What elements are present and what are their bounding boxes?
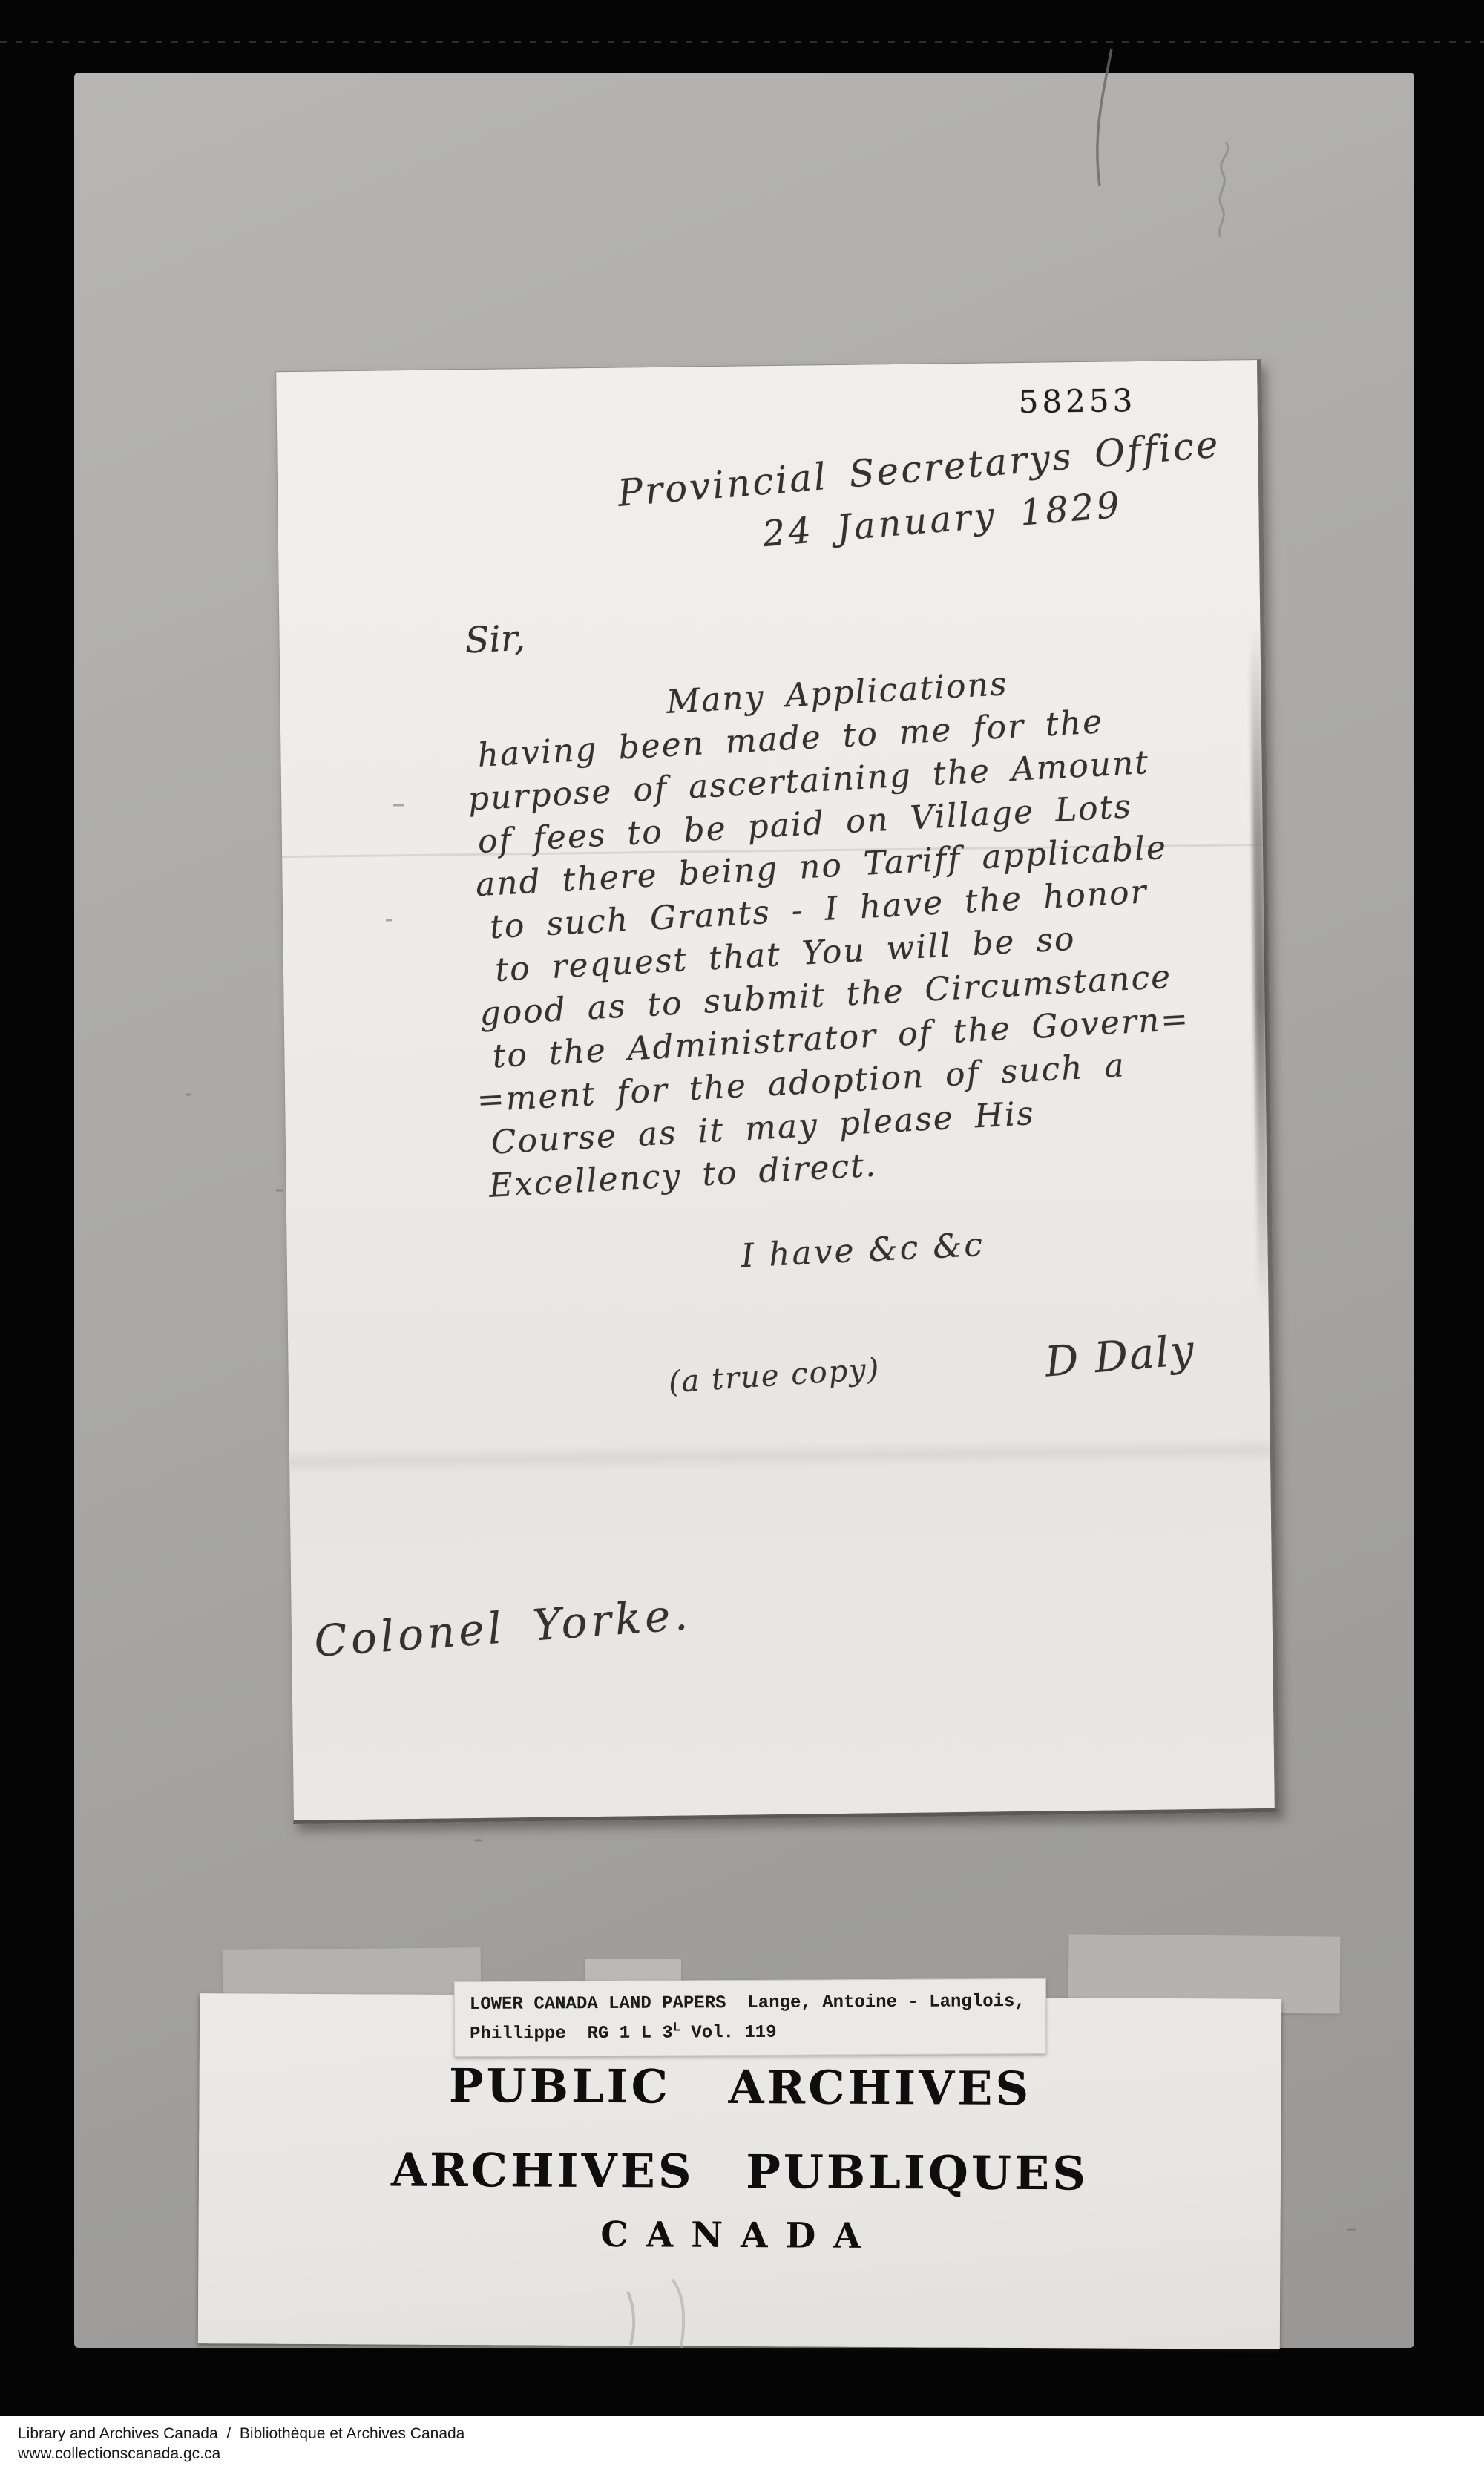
- archive-number: 58253: [1018, 382, 1136, 420]
- stamp-canada: CANADA: [198, 2212, 1280, 2259]
- paper-crease: [289, 1437, 1270, 1474]
- letter-closing: I have &c &c: [741, 1226, 985, 1275]
- catalogue-label-line2-end: Vol. 119: [680, 2023, 777, 2044]
- letter-sheet: 58253 Provincial Secretarys Office 24 Ja…: [275, 359, 1279, 1824]
- letter-salutation: Sir,: [464, 617, 526, 662]
- signature-d-daly: D Daly: [1043, 1326, 1197, 1386]
- catalogue-label-superscript: L: [673, 2021, 680, 2035]
- footer-url: www.collectionscanada.gc.ca: [18, 2445, 220, 2463]
- catalogue-label-line2: Phillippe RG 1 L 3: [470, 2024, 673, 2044]
- archival-scan-page: 58253 Provincial Secretarys Office 24 Ja…: [0, 0, 1484, 2480]
- letter-addressee: Colonel Yorke.: [312, 1589, 693, 1667]
- catalogue-label-line1: LOWER CANADA LAND PAPERS Lange, Antoine …: [470, 1992, 1025, 2015]
- library-archives-footer: Library and Archives Canada / Bibliothèq…: [0, 2416, 1484, 2480]
- catalogue-label: LOWER CANADA LAND PAPERS Lange, Antoine …: [454, 1978, 1047, 2057]
- stamp-public-archives: PUBLIC ARCHIVES: [199, 2057, 1281, 2117]
- film-edge-specks: [0, 41, 1484, 43]
- footer-institution-line: Library and Archives Canada / Bibliothèq…: [18, 2425, 464, 2443]
- letter-body: Many Applications having been made to me…: [280, 652, 1288, 1220]
- stamp-archives-publiques: ARCHIVES PUBLIQUES: [199, 2142, 1281, 2202]
- letter-heading: Provincial Secretarys Office 24 January …: [616, 422, 1226, 566]
- true-copy-note: (a true copy): [667, 1352, 881, 1400]
